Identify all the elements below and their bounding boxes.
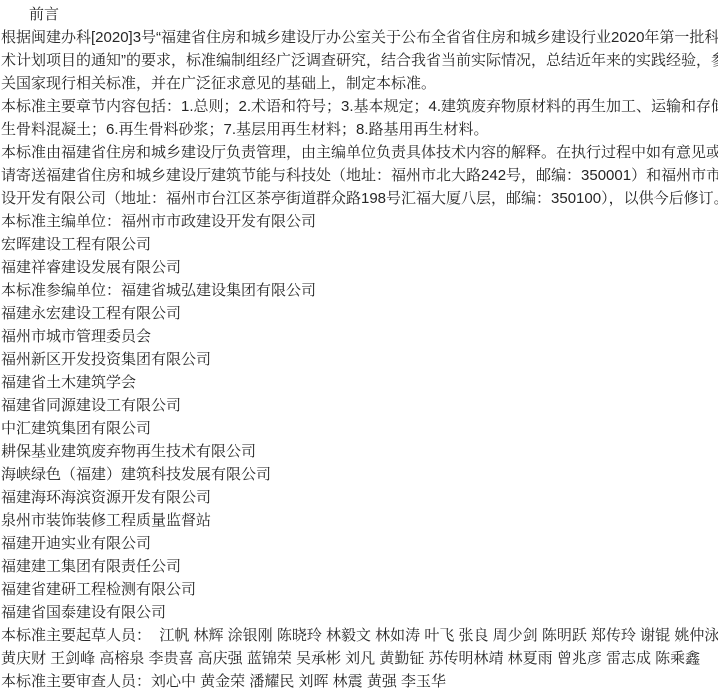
text-line: 本标准主编单位：福州市市政建设开发有限公司 <box>0 210 718 233</box>
text-line: 请寄送福建省住房和城乡建设厅建筑节能与科技处（地址：福州市北大路242号，邮编：… <box>0 164 718 187</box>
text-line: 本标准主要审查人员：刘心中 黄金荣 潘耀民 刘晖 林震 黄强 李玉华 <box>0 670 718 688</box>
text-line: 根据闽建办科[2020]3号“福建省住房和城乡建设厅办公室关于公布全省省住房和城… <box>0 26 718 49</box>
text-line: 本标准主要起草人员： 江帆 林辉 涂银刚 陈晓玲 林毅文 林如涛 叶飞 张良 周… <box>0 624 718 647</box>
text-line: 海峡绿色（福建）建筑科技发展有限公司 <box>0 463 718 486</box>
text-line: 福建建工集团有限责任公司 <box>0 555 718 578</box>
document-page: 前言 根据闽建办科[2020]3号“福建省住房和城乡建设厅办公室关于公布全省省住… <box>0 0 718 688</box>
text-line: 关国家现行相关标准，并在广泛征求意见的基础上，制定本标准。 <box>0 72 718 95</box>
page-title: 前言 <box>0 3 718 26</box>
text-line: 福建开迪实业有限公司 <box>0 532 718 555</box>
text-line: 本标准主要章节内容包括：1.总则；2.术语和符号；3.基本规定；4.建筑废弃物原… <box>0 95 718 118</box>
text-line: 生骨料混凝土；6.再生骨料砂浆；7.基层用再生材料；8.路基用再生材料。 <box>0 118 718 141</box>
text-line: 福州市城市管理委员会 <box>0 325 718 348</box>
text-line: 福建省国泰建设有限公司 <box>0 601 718 624</box>
text-line: 福州新区开发投资集团有限公司 <box>0 348 718 371</box>
text-line: 黄庆财 王剑峰 高榕泉 李贵喜 高庆强 蓝锦荣 吴承彬 刘凡 黄勤钲 苏传明林靖… <box>0 647 718 670</box>
text-line: 宏晖建设工程有限公司 <box>0 233 718 256</box>
text-line: 本标准参编单位：福建省城弘建设集团有限公司 <box>0 279 718 302</box>
text-line: 本标准由福建省住房和城乡建设厅负责管理，由主编单位负责具体技术内容的解释。在执行… <box>0 141 718 164</box>
text-line: 福建省建研工程检测有限公司 <box>0 578 718 601</box>
text-line: 术计划项目的通知”的要求，标准编制组经广泛调查研究，结合我省当前实际情况，总结近… <box>0 49 718 72</box>
text-line: 福建永宏建设工程有限公司 <box>0 302 718 325</box>
text-line: 耕保基业建筑废弃物再生技术有限公司 <box>0 440 718 463</box>
text-line: 泉州市装饰装修工程质量监督站 <box>0 509 718 532</box>
text-line: 福建省同源建设工有限公司 <box>0 394 718 417</box>
text-line: 设开发有限公司（地址：福州市台江区茶亭街道群众路198号汇福大厦八层，邮编：35… <box>0 187 718 210</box>
text-line: 中汇建筑集团有限公司 <box>0 417 718 440</box>
text-line: 福建海环海滨资源开发有限公司 <box>0 486 718 509</box>
text-line: 福建省土木建筑学会 <box>0 371 718 394</box>
text-line: 福建祥睿建设发展有限公司 <box>0 256 718 279</box>
